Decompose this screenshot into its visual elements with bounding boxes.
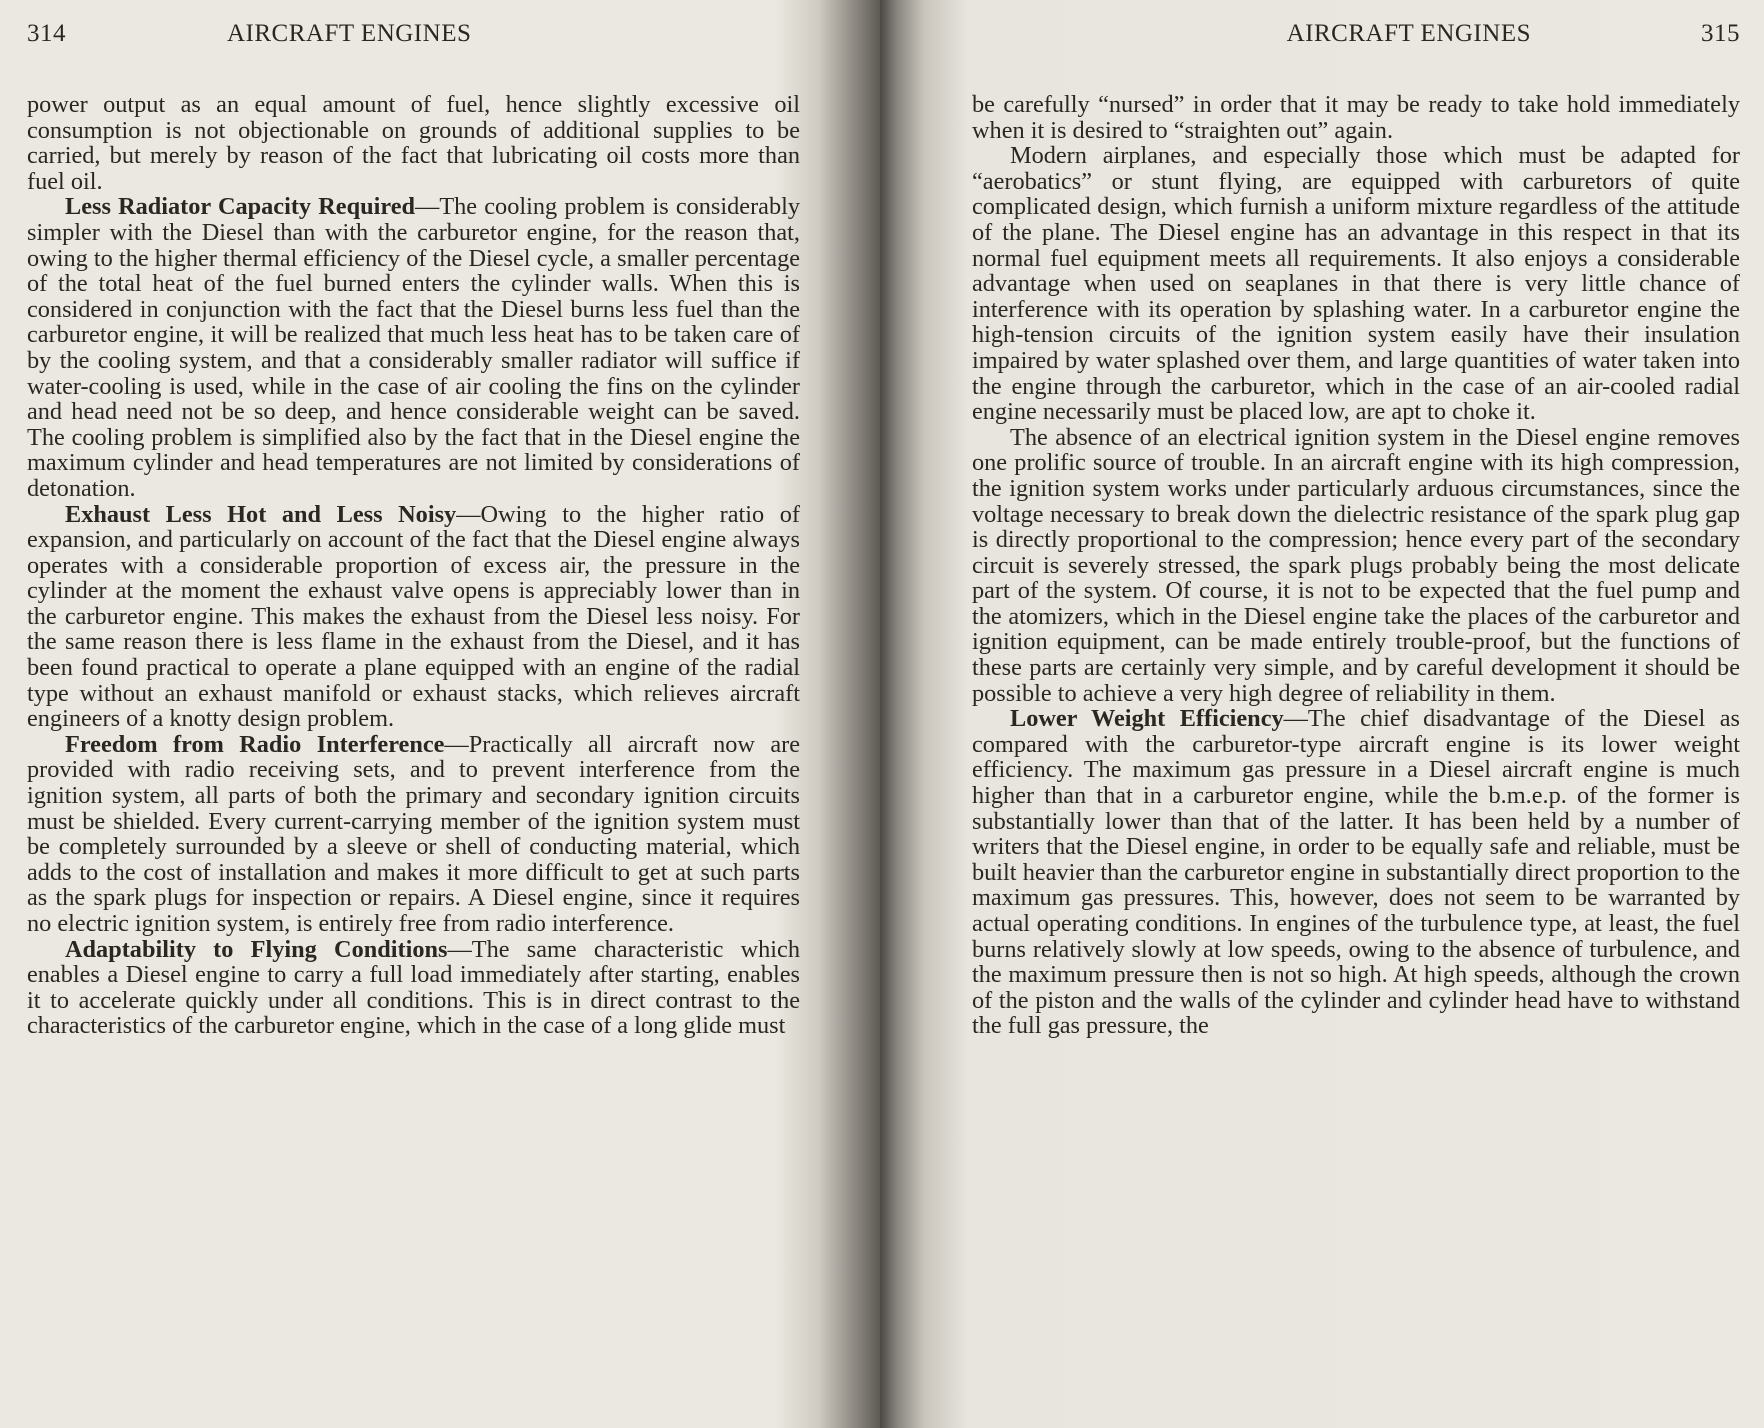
right-running-head: AIRCRAFT ENGINES 315 [972,20,1740,68]
paragraph: The absence of an electrical ignition sy… [972,425,1740,707]
running-title: AIRCRAFT ENGINES [1287,20,1531,48]
paragraph: Exhaust Less Hot and Less Noisy—Owing to… [27,502,800,732]
paragraph: Less Radiator Capacity Required—The cool… [27,194,800,501]
paragraph: power output as an equal amount of fuel,… [27,92,800,194]
left-running-head: 314 AIRCRAFT ENGINES [27,20,800,68]
paragraph-text: be carefully “nursed” in order that it m… [972,91,1740,144]
left-body-text: power output as an equal amount of fuel,… [27,92,800,1039]
running-title: AIRCRAFT ENGINES [227,20,471,48]
left-page: 314 AIRCRAFT ENGINES power output as an … [0,0,880,1428]
section-heading: Adaptability to Flying Conditions [65,936,447,963]
section-heading: Lower Weight Efficiency [1010,705,1284,732]
paragraph: Lower Weight Efficiency—The chief disadv… [972,706,1740,1039]
section-heading: Exhaust Less Hot and Less Noisy [65,501,456,528]
book-spread: 314 AIRCRAFT ENGINES power output as an … [0,0,1764,1428]
paragraph-text: —The cooling problem is considerably sim… [27,193,800,502]
paragraph-text: power output as an equal amount of fuel,… [27,91,800,195]
paragraph: Modern airplanes, and especially those w… [972,143,1740,425]
paragraph-text: Modern airplanes, and especially those w… [972,142,1740,425]
right-body-text: be carefully “nursed” in order that it m… [972,92,1740,1039]
paragraph: be carefully “nursed” in order that it m… [972,92,1740,143]
paragraph: Adaptability to Flying Conditions—The sa… [27,937,800,1039]
section-heading: Less Radiator Capacity Required [65,193,415,220]
right-page: AIRCRAFT ENGINES 315 be carefully “nurse… [880,0,1764,1428]
paragraph-text: —The chief disadvantage of the Diesel as… [972,705,1740,1039]
page-number: 315 [1701,20,1740,48]
section-heading: Freedom from Radio Interference [65,731,444,758]
paragraph-text: The absence of an electrical ignition sy… [972,424,1740,707]
page-number: 314 [27,20,227,48]
paragraph: Freedom from Radio Interference—Practica… [27,732,800,937]
paragraph-text: —Owing to the higher ratio of expansion,… [27,501,800,733]
paragraph-text: —Practically all aircraft now are provid… [27,731,800,937]
